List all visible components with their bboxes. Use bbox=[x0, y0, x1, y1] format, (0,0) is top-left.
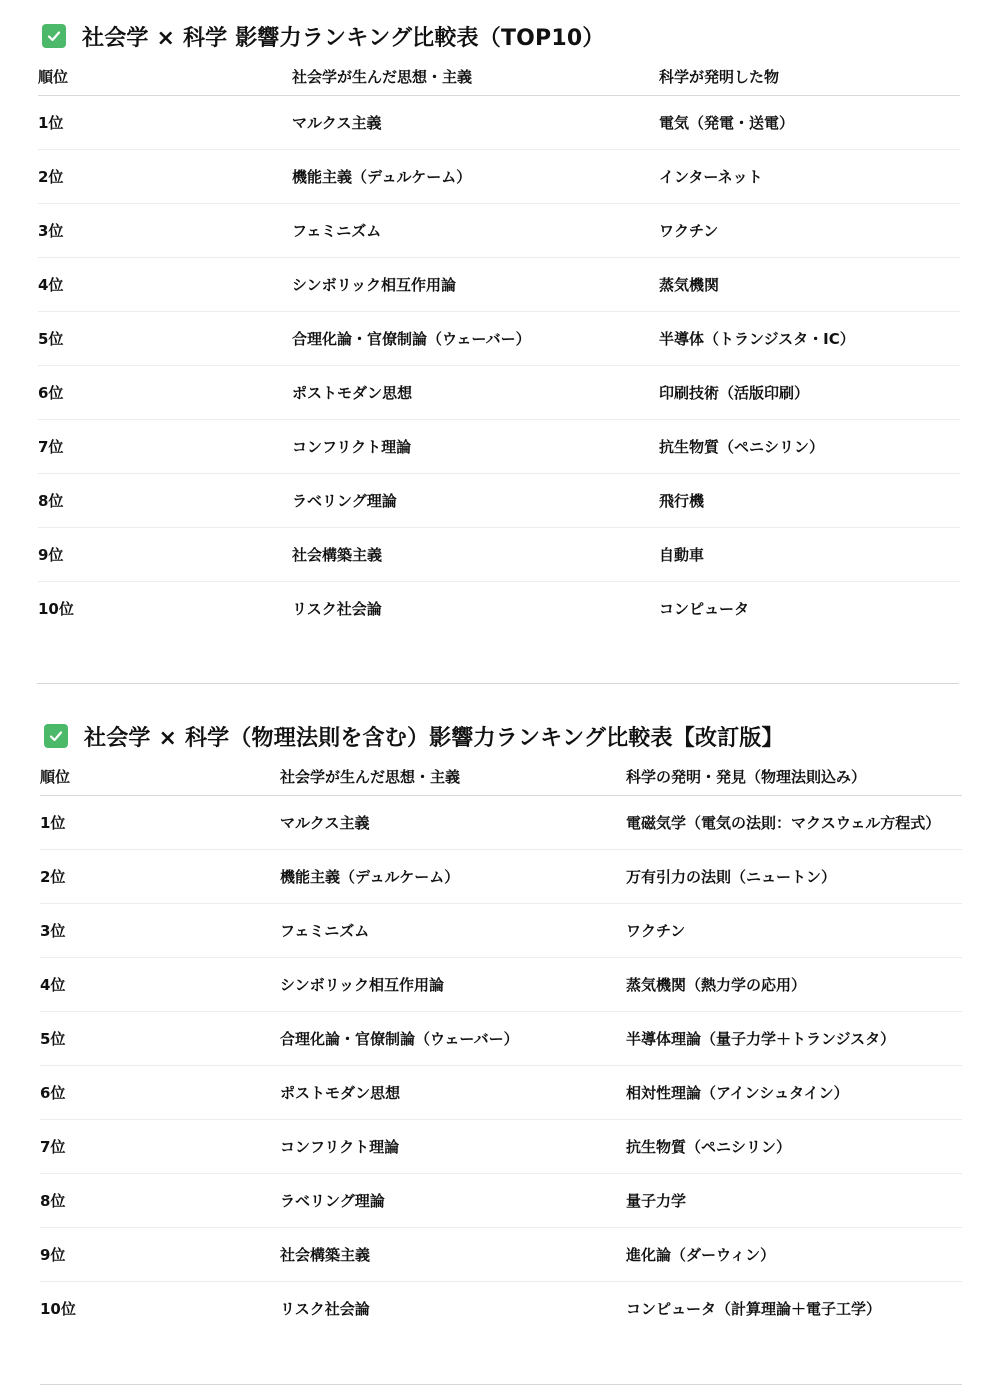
table-row: 1位マルクス主義電磁気学（電気の法則：マクスウェル方程式） bbox=[40, 795, 962, 849]
sociology-cell: 社会構築主義 bbox=[280, 1227, 626, 1281]
rank-cell: 9位 bbox=[38, 527, 292, 581]
rank-cell: 4位 bbox=[40, 957, 280, 1011]
table-row: 8位ラベリング理論飛行機 bbox=[38, 473, 960, 527]
sociology-cell: ポストモダン思想 bbox=[292, 365, 659, 419]
rank-cell: 2位 bbox=[38, 149, 292, 203]
sociology-cell: フェミニズム bbox=[292, 203, 659, 257]
check-box-icon bbox=[44, 724, 68, 748]
science-cell: 半導体（トランジスタ・IC） bbox=[659, 311, 960, 365]
table-row: 5位合理化論・官僚制論（ウェーバー）半導体理論（量子力学＋トランジスタ） bbox=[40, 1011, 962, 1065]
science-cell: ワクチン bbox=[626, 903, 962, 957]
rank-cell: 6位 bbox=[38, 365, 292, 419]
sociology-cell: 機能主義（デュルケーム） bbox=[292, 149, 659, 203]
science-cell: 半導体理論（量子力学＋トランジスタ） bbox=[626, 1011, 962, 1065]
table-header-row: 順位 社会学が生んだ思想・主義 科学の発明・発見（物理法則込み） bbox=[40, 754, 962, 795]
science-cell: ワクチン bbox=[659, 203, 960, 257]
check-box-icon bbox=[42, 24, 66, 48]
column-header-science: 科学が発明した物 bbox=[659, 54, 960, 95]
science-cell: コンピュータ bbox=[659, 581, 960, 635]
science-cell: 蒸気機関（熱力学の応用） bbox=[626, 957, 962, 1011]
science-cell: インターネット bbox=[659, 149, 960, 203]
sociology-cell: 社会構築主義 bbox=[292, 527, 659, 581]
sociology-cell: コンフリクト理論 bbox=[292, 419, 659, 473]
science-cell: 蒸気機関 bbox=[659, 257, 960, 311]
science-cell: 抗生物質（ペニシリン） bbox=[659, 419, 960, 473]
rank-cell: 2位 bbox=[40, 849, 280, 903]
science-cell: 電気（発電・送電） bbox=[659, 95, 960, 149]
ranking-section-revised: 社会学 × 科学（物理法則を含む）影響力ランキング比較表【改訂版】 順位 社会学… bbox=[40, 718, 962, 1335]
section-title: 社会学 × 科学 影響力ランキング比較表（TOP10） bbox=[38, 18, 960, 54]
table-row: 5位合理化論・官僚制論（ウェーバー）半導体（トランジスタ・IC） bbox=[38, 311, 960, 365]
sociology-cell: リスク社会論 bbox=[280, 1281, 626, 1335]
rank-cell: 8位 bbox=[38, 473, 292, 527]
rank-cell: 10位 bbox=[38, 581, 292, 635]
table-row: 10位リスク社会論コンピュータ（計算理論＋電子工学） bbox=[40, 1281, 962, 1335]
rank-cell: 5位 bbox=[38, 311, 292, 365]
table-row: 2位機能主義（デュルケーム）インターネット bbox=[38, 149, 960, 203]
rank-cell: 7位 bbox=[40, 1119, 280, 1173]
rank-cell: 5位 bbox=[40, 1011, 280, 1065]
sociology-cell: シンボリック相互作用論 bbox=[280, 957, 626, 1011]
section-title-text: 社会学 × 科学 影響力ランキング比較表（TOP10） bbox=[82, 21, 605, 52]
sociology-cell: シンボリック相互作用論 bbox=[292, 257, 659, 311]
table-row: 6位ポストモダン思想相対性理論（アインシュタイン） bbox=[40, 1065, 962, 1119]
column-header-sociology: 社会学が生んだ思想・主義 bbox=[280, 754, 626, 795]
rank-cell: 6位 bbox=[40, 1065, 280, 1119]
column-header-science: 科学の発明・発見（物理法則込み） bbox=[626, 754, 962, 795]
table-row: 9位社会構築主義進化論（ダーウィン） bbox=[40, 1227, 962, 1281]
rank-cell: 4位 bbox=[38, 257, 292, 311]
section-divider bbox=[40, 1384, 962, 1385]
table-row: 3位フェミニズムワクチン bbox=[38, 203, 960, 257]
rank-cell: 7位 bbox=[38, 419, 292, 473]
rank-cell: 1位 bbox=[38, 95, 292, 149]
table-row: 1位マルクス主義電気（発電・送電） bbox=[38, 95, 960, 149]
table-row: 9位社会構築主義自動車 bbox=[38, 527, 960, 581]
table-row: 4位シンボリック相互作用論蒸気機関（熱力学の応用） bbox=[40, 957, 962, 1011]
ranking-table: 順位 社会学が生んだ思想・主義 科学の発明・発見（物理法則込み） 1位マルクス主… bbox=[40, 754, 962, 1335]
column-header-rank: 順位 bbox=[38, 54, 292, 95]
rank-cell: 3位 bbox=[40, 903, 280, 957]
sociology-cell: ポストモダン思想 bbox=[280, 1065, 626, 1119]
table-row: 3位フェミニズムワクチン bbox=[40, 903, 962, 957]
rank-cell: 10位 bbox=[40, 1281, 280, 1335]
rank-cell: 8位 bbox=[40, 1173, 280, 1227]
table-row: 2位機能主義（デュルケーム）万有引力の法則（ニュートン） bbox=[40, 849, 962, 903]
sociology-cell: ラベリング理論 bbox=[292, 473, 659, 527]
science-cell: 相対性理論（アインシュタイン） bbox=[626, 1065, 962, 1119]
sociology-cell: リスク社会論 bbox=[292, 581, 659, 635]
science-cell: 進化論（ダーウィン） bbox=[626, 1227, 962, 1281]
science-cell: 量子力学 bbox=[626, 1173, 962, 1227]
science-cell: コンピュータ（計算理論＋電子工学） bbox=[626, 1281, 962, 1335]
section-title: 社会学 × 科学（物理法則を含む）影響力ランキング比較表【改訂版】 bbox=[40, 718, 962, 754]
table-row: 6位ポストモダン思想印刷技術（活版印刷） bbox=[38, 365, 960, 419]
section-title-text: 社会学 × 科学（物理法則を含む）影響力ランキング比較表【改訂版】 bbox=[84, 721, 784, 752]
sociology-cell: フェミニズム bbox=[280, 903, 626, 957]
sociology-cell: ラベリング理論 bbox=[280, 1173, 626, 1227]
science-cell: 万有引力の法則（ニュートン） bbox=[626, 849, 962, 903]
science-cell: 電磁気学（電気の法則：マクスウェル方程式） bbox=[626, 795, 962, 849]
science-cell: 自動車 bbox=[659, 527, 960, 581]
table-row: 7位コンフリクト理論抗生物質（ペニシリン） bbox=[40, 1119, 962, 1173]
ranking-section-top10: 社会学 × 科学 影響力ランキング比較表（TOP10） 順位 社会学が生んだ思想… bbox=[38, 18, 960, 635]
table-row: 4位シンボリック相互作用論蒸気機関 bbox=[38, 257, 960, 311]
column-header-sociology: 社会学が生んだ思想・主義 bbox=[292, 54, 659, 95]
sociology-cell: 機能主義（デュルケーム） bbox=[280, 849, 626, 903]
rank-cell: 3位 bbox=[38, 203, 292, 257]
section-divider bbox=[37, 683, 959, 684]
table-row: 10位リスク社会論コンピュータ bbox=[38, 581, 960, 635]
ranking-table: 順位 社会学が生んだ思想・主義 科学が発明した物 1位マルクス主義電気（発電・送… bbox=[38, 54, 960, 635]
rank-cell: 1位 bbox=[40, 795, 280, 849]
table-row: 8位ラベリング理論量子力学 bbox=[40, 1173, 962, 1227]
science-cell: 抗生物質（ペニシリン） bbox=[626, 1119, 962, 1173]
rank-cell: 9位 bbox=[40, 1227, 280, 1281]
sociology-cell: マルクス主義 bbox=[292, 95, 659, 149]
column-header-rank: 順位 bbox=[40, 754, 280, 795]
table-row: 7位コンフリクト理論抗生物質（ペニシリン） bbox=[38, 419, 960, 473]
science-cell: 印刷技術（活版印刷） bbox=[659, 365, 960, 419]
sociology-cell: コンフリクト理論 bbox=[280, 1119, 626, 1173]
sociology-cell: マルクス主義 bbox=[280, 795, 626, 849]
science-cell: 飛行機 bbox=[659, 473, 960, 527]
sociology-cell: 合理化論・官僚制論（ウェーバー） bbox=[292, 311, 659, 365]
sociology-cell: 合理化論・官僚制論（ウェーバー） bbox=[280, 1011, 626, 1065]
table-header-row: 順位 社会学が生んだ思想・主義 科学が発明した物 bbox=[38, 54, 960, 95]
